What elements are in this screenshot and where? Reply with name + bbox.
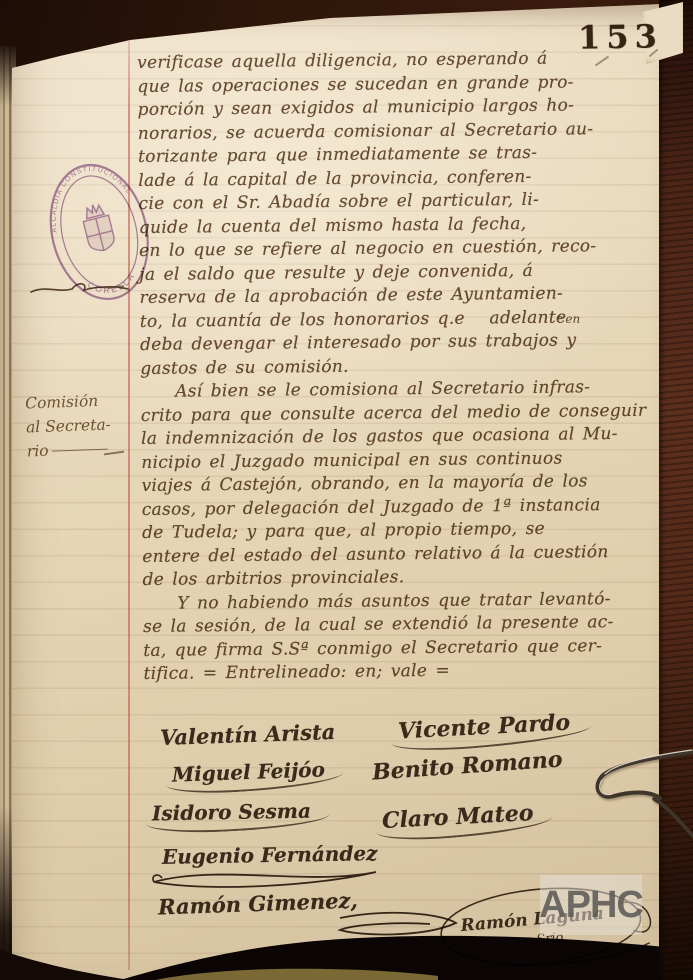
margin-note-dash bbox=[52, 449, 108, 452]
margin-note-line-text: rio bbox=[27, 442, 49, 461]
signature-flourish bbox=[148, 862, 388, 892]
archive-watermark: APHC bbox=[540, 875, 642, 935]
margin-note-line: Comisión bbox=[25, 389, 111, 416]
paperclip bbox=[592, 736, 693, 842]
margin-note-line: rio bbox=[26, 437, 112, 464]
interlined-word: ^en bbox=[556, 312, 580, 326]
manuscript-photo: 153 ALCALDIA CONSTITUCIONAL CORELLA Comi… bbox=[0, 0, 693, 980]
margin-scribble bbox=[28, 278, 132, 300]
signature: Miguel Feijóo bbox=[172, 757, 326, 786]
margin-note-line: al Secreta- bbox=[26, 413, 112, 440]
signature: Isidoro Sesma bbox=[152, 799, 311, 826]
interlined-word-text: en bbox=[565, 312, 580, 326]
margin-note: Comisión al Secreta- rio bbox=[25, 389, 112, 464]
stamp-coat-of-arms-icon bbox=[80, 202, 117, 254]
caret-mark: ^ bbox=[556, 315, 565, 326]
watermark-text: APHC bbox=[539, 884, 643, 927]
manuscript-body: verificase aquella diligencia, no espera… bbox=[137, 47, 666, 687]
